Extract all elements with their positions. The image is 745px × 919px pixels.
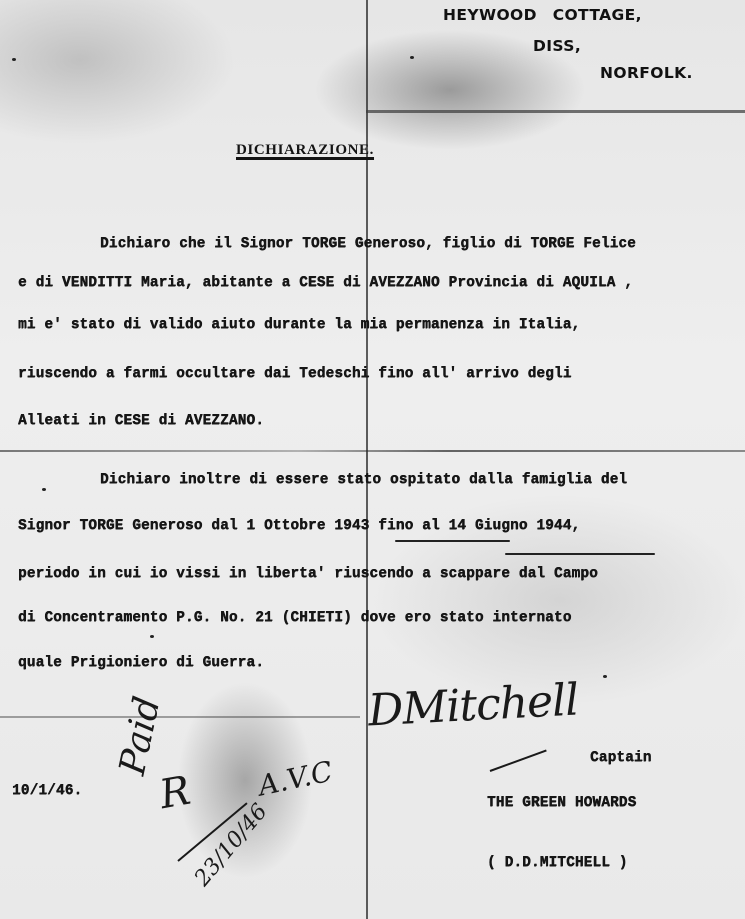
- handwritten-signature: DMitchell: [367, 675, 580, 737]
- paragraph-2-line: Signor TORGE Generoso dal 1 Ottobre 1943…: [18, 518, 580, 534]
- paragraph-2-line: Dichiaro inoltre di essere stato ospitat…: [100, 472, 627, 488]
- date-underline-mark: [395, 540, 510, 542]
- handwritten-date: 23/10/46: [190, 799, 273, 891]
- letterhead-line-2: DISS,: [533, 37, 581, 55]
- paragraph-2-line: quale Prigioniero di Guerra.: [18, 655, 264, 671]
- handwritten-initials: R: [156, 768, 194, 819]
- fold-line-vertical: [366, 0, 368, 919]
- date-underline-mark: [505, 553, 655, 555]
- signatory-rank: Captain: [590, 750, 652, 766]
- ink-speck: [150, 635, 154, 638]
- letterhead-line-3: NORFOLK.: [600, 64, 693, 82]
- ink-speck: [42, 488, 46, 491]
- paragraph-1-line: Alleati in CESE di AVEZZANO.: [18, 413, 264, 429]
- handwritten-avc-note: A.V.C: [255, 755, 335, 803]
- fold-line-lower: [0, 716, 360, 718]
- paragraph-1-line: e di VENDITTI Maria, abitante a CESE di …: [18, 275, 633, 291]
- paragraph-2-line: periodo in cui io vissi in liberta' rius…: [18, 566, 598, 582]
- paragraph-1-line: mi e' stato di valido aiuto durante la m…: [18, 317, 580, 333]
- signatory-name: ( D.D.MITCHELL ): [487, 855, 628, 871]
- paragraph-1-line: Dichiaro che il Signor TORGE Generoso, f…: [100, 236, 636, 252]
- signatory-unit: THE GREEN HOWARDS: [487, 795, 636, 811]
- document-page: HEYWOOD COTTAGE, DISS, NORFOLK. DICHIARA…: [0, 0, 745, 919]
- document-date: 10/1/46.: [12, 783, 82, 799]
- paragraph-2-line: di Concentramento P.G. No. 21 (CHIETI) d…: [18, 610, 572, 626]
- fold-line-top: [366, 110, 745, 113]
- ink-speck: [603, 675, 607, 678]
- document-title: DICHIARAZIONE.: [236, 142, 374, 159]
- handwritten-paid-note: Paid: [112, 693, 168, 778]
- signature-flourish: [490, 750, 547, 772]
- fold-line-middle: [0, 450, 745, 452]
- letterhead-line-1: HEYWOOD COTTAGE,: [443, 6, 642, 24]
- ink-speck: [410, 56, 414, 59]
- paragraph-1-line: riuscendo a farmi occultare dai Tedeschi…: [18, 366, 572, 382]
- ink-speck: [12, 58, 16, 61]
